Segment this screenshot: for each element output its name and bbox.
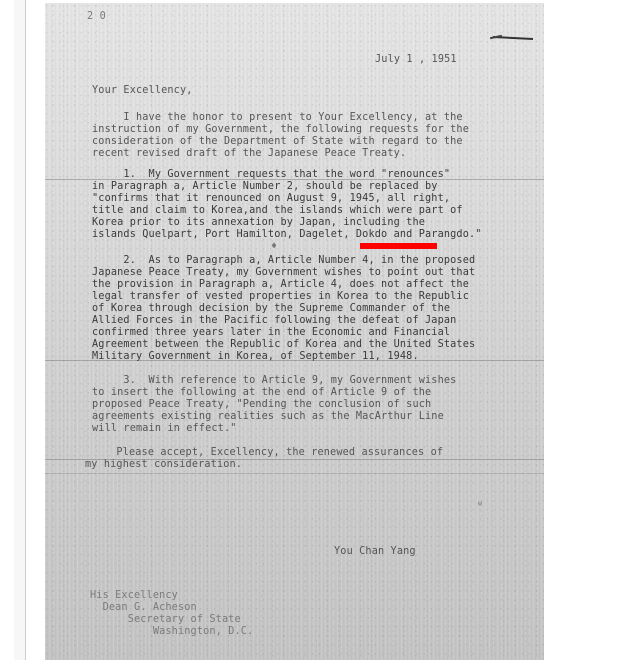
text-line: to insert the following at the end of Ar… [92,387,431,399]
red-highlight-underline [360,243,437,249]
text-line: Dean G. Acheson [90,602,197,614]
stray-ink-mark: ♦ [271,241,277,252]
text-line: "confirms that it renounced on August 9,… [92,193,450,205]
text-line: His Excellency [90,590,178,602]
text-line: Secretary of State [90,614,241,626]
text-line: instruction of my Government, the follow… [92,124,469,136]
text-line: Allied Forces in the Pacific following t… [92,315,456,327]
text-line: of Korea through decision by the Supreme… [92,303,450,315]
scanned-letter-page: 2 0 July 1 , 1951 Your Excellency, I hav… [45,3,544,660]
scan-artifact-line [45,473,544,474]
letter-date: July 1 , 1951 [375,54,457,66]
text-line: islands Quelpart, Port Hamilton, Dagelet… [92,229,482,241]
text-line: 2. As to Paragraph a, Article Number 4, … [92,255,475,267]
text-line: agreements existing realities such as th… [92,411,444,423]
top-mark: 2 0 [87,11,106,23]
text-line: confirmed three years later in the Econo… [92,327,450,339]
text-line: legal transfer of vested properties in K… [92,291,469,303]
text-line: recent revised draft of the Japanese Pea… [92,148,406,160]
text-line: Korea prior to its annexation by Japan, … [92,217,425,229]
pen-mark-tail [490,35,502,39]
text-line: in Paragraph a, Article Number 2, should… [92,181,438,193]
text-line: Military Government in Korea, of Septemb… [92,351,419,363]
text-line: title and claim to Korea,and the islands… [92,205,463,217]
text-line: I have the honor to present to Your Exce… [92,112,463,124]
text-line: Washington, D.C. [90,626,253,638]
text-line: 3. With reference to Article 9, my Gover… [92,375,456,387]
text-line: the provision in Paragraph a, Article 4,… [92,279,469,291]
text-line: Please accept, Excellency, the renewed a… [85,447,443,459]
text-line: my highest consideration. [85,459,242,471]
signature-name: You Chan Yang [334,546,416,558]
stray-ink-mark: ᵂ [477,501,483,512]
text-line: 1. My Government requests that the word … [92,169,450,181]
text-line: Japanese Peace Treaty, my Government wis… [92,267,475,279]
viewer-side-strip [14,0,26,660]
scan-artifact-line [45,360,544,361]
text-line: Agreement between the Republic of Korea … [92,339,475,351]
text-line: consideration of the Department of State… [92,136,463,148]
salutation: Your Excellency, [92,85,193,97]
text-line: will remain in effect." [92,423,237,435]
text-line: proposed Peace Treaty, "Pending the conc… [92,399,431,411]
